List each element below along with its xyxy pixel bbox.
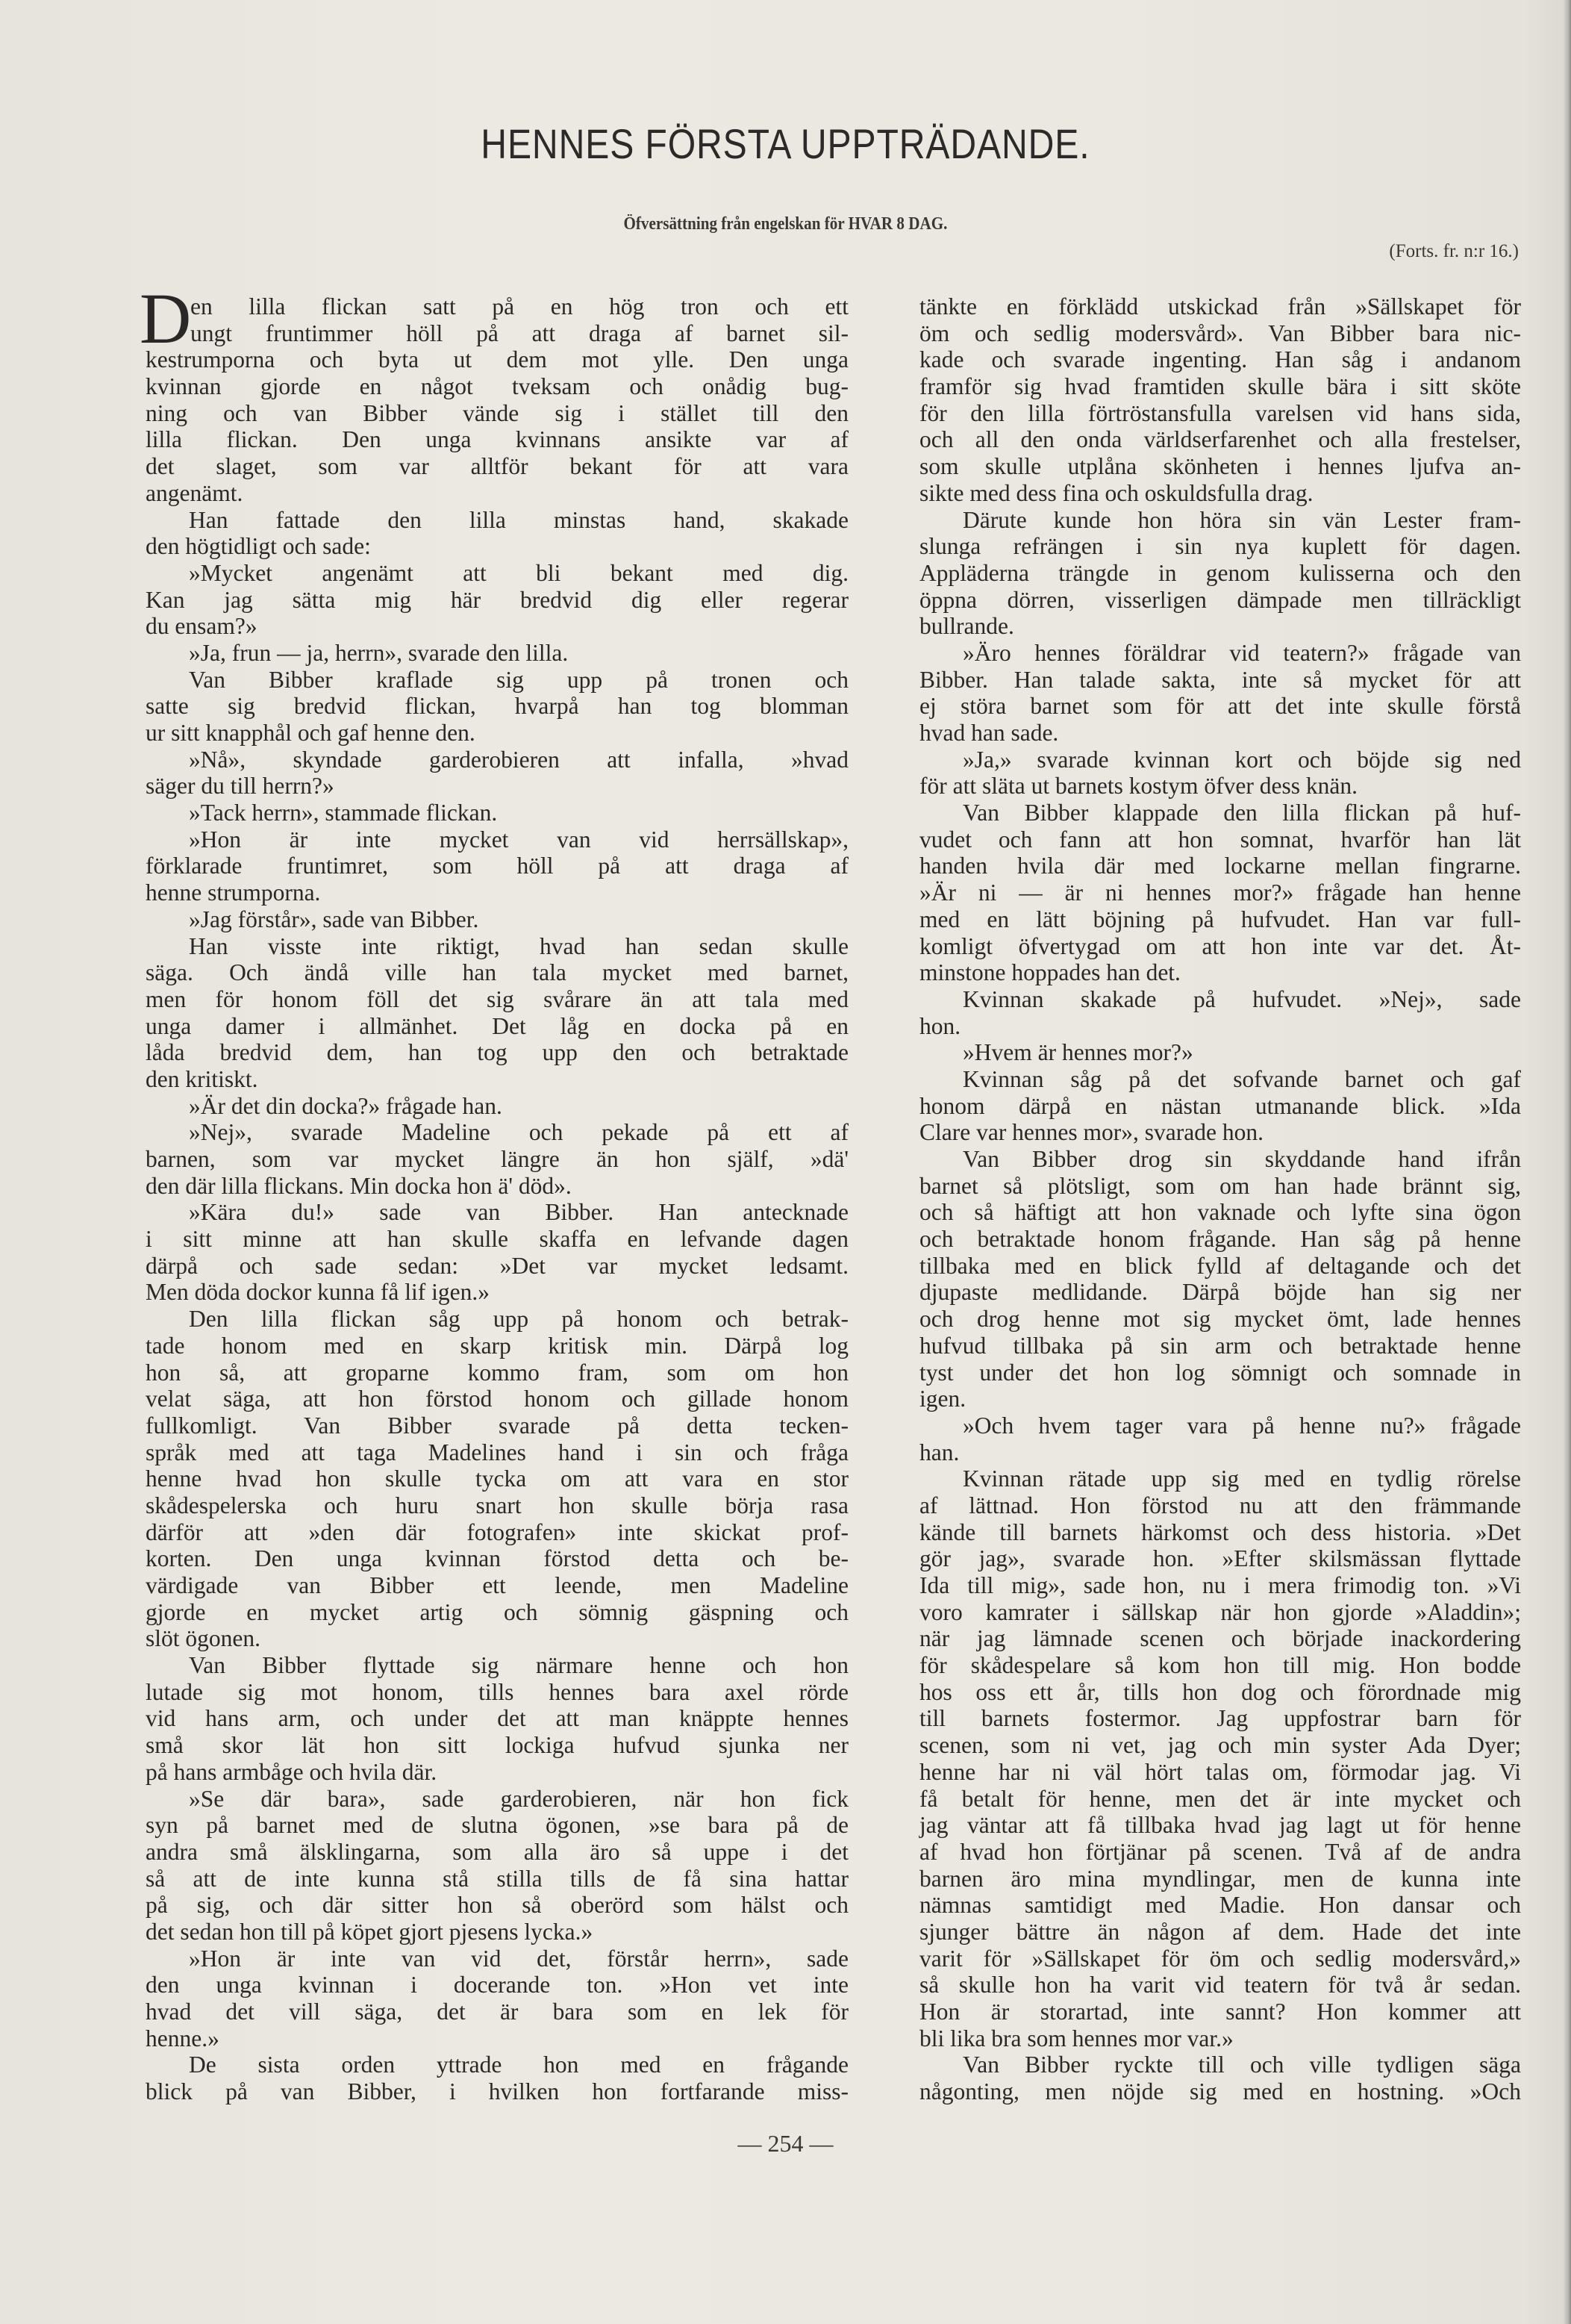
text-line: han. (919, 1439, 1521, 1466)
text-line: den kritiskt. (146, 1066, 849, 1093)
article-title: HENNES FÖRSTA UPPTRÄDANDE. (110, 119, 1461, 168)
text-line: barnen äro mina myndlingar, men de kunna… (919, 1866, 1521, 1892)
text-line: sjunger bättre än någon af dem. Hade det… (919, 1919, 1521, 1946)
text-line: med en lätt böjning på hufvudet. Han var… (919, 906, 1521, 933)
text-line: när jag lämnade scenen och började inack… (919, 1625, 1521, 1652)
text-line: handen hvila där med lockarne mellan fin… (919, 853, 1521, 879)
text-line: henne.» (146, 2025, 849, 2052)
text-line: igen. (919, 1386, 1521, 1412)
text-line: Hon är storartad, inte sannt? Hon kommer… (919, 1999, 1521, 2025)
text-line: vudet och fann att hon somnat, hvarför h… (919, 826, 1521, 853)
text-line: gjorde en mycket artig och sömnig gäspni… (146, 1599, 849, 1626)
text-line: slöt ögonen. (146, 1625, 849, 1652)
text-line: Kvinnan skakade på hufvudet. »Nej», sade (919, 986, 1521, 1013)
page-spine-edge (1564, 0, 1571, 2324)
text-line: värdigade van Bibber ett leende, men Mad… (146, 1572, 849, 1599)
text-line: Kvinnan såg på det sofvande barnet och g… (919, 1066, 1521, 1093)
text-line: honom därpå en nästan utmanande blick. »… (919, 1093, 1521, 1120)
text-line: Van Bibber ryckte till och ville tydlige… (919, 2052, 1521, 2078)
text-line: skådespelerska och huru snart hon skulle… (146, 1492, 849, 1519)
text-line: tänkte en förklädd utskickad från »Sälls… (919, 293, 1521, 320)
text-line: hvad han sade. (919, 720, 1521, 747)
text-line: språk med att taga Madelines hand i sin … (146, 1439, 849, 1466)
text-line: tade honom med en skarp kritisk min. Där… (146, 1333, 849, 1359)
left-text-column: D en lilla flickan satt på en hög tron o… (146, 293, 849, 2105)
text-line: vid hans arm, och under det att man knäp… (146, 1705, 849, 1732)
text-line: framför sig hvad framtiden skulle bära i… (919, 373, 1521, 400)
text-line: unga damer i allmänhet. Det låg en docka… (146, 1013, 849, 1040)
text-line: barnet så plötsligt, som om han hade brä… (919, 1173, 1521, 1200)
text-line: »Är det din docka?» frågade han. (146, 1093, 849, 1120)
text-line: »Mycket angenämt att bli bekant med dig. (146, 560, 849, 587)
text-line: Han visste inte riktigt, hvad han sedan … (146, 933, 849, 960)
text-line: det slaget, som var alltför bekant för a… (146, 453, 849, 480)
text-line: hos oss ett år, tills hon dog och förord… (919, 1679, 1521, 1706)
text-line: för att släta ut barnets kostym öfver de… (919, 773, 1521, 800)
text-line: scenen, som ni vet, jag och min syster A… (919, 1732, 1521, 1759)
text-line: kände till barnets härkomst och dess his… (919, 1519, 1521, 1546)
text-line: nämnas samtidigt med Madie. Hon dansar o… (919, 1892, 1521, 1919)
text-line: den högtidligt och sade: (146, 533, 849, 560)
text-line: slunga refrängen i sin nya kuplett för d… (919, 533, 1521, 560)
text-line: »Ja,» svarade kvinnan kort och böjde sig… (919, 747, 1521, 773)
text-line: Clare var hennes mor», svarade hon. (919, 1119, 1521, 1146)
drop-cap: D (140, 289, 191, 349)
text-line: »Hvem är hennes mor?» (919, 1039, 1521, 1066)
text-line: Han fattade den lilla minstas hand, skak… (146, 507, 849, 534)
text-line: och all den onda världserfarenhet och al… (919, 426, 1521, 453)
text-line: därför att »den där fotografen» inte ski… (146, 1519, 849, 1546)
text-line: den där lilla flickans. Min docka hon ä'… (146, 1173, 849, 1200)
text-line: varit för »Sällskapet för öm och sedlig … (919, 1946, 1521, 1972)
text-line: Van Bibber flyttade sig närmare henne oc… (146, 1652, 849, 1679)
text-line: Därute kunde hon höra sin vän Lester fra… (919, 507, 1521, 534)
text-line: hon. (919, 1013, 1521, 1040)
text-line: »Hon är inte van vid det, förstår herrn»… (146, 1946, 849, 1972)
text-line: säga. Och ändå ville han tala mycket med… (146, 959, 849, 986)
text-line: bli lika bra som hennes mor var.» (919, 2025, 1521, 2052)
text-line: Men döda dockor kunna få lif igen.» (146, 1279, 849, 1306)
text-line: »Jag förstår», sade van Bibber. (146, 906, 849, 933)
text-line: få betalt för henne, men det är inte myc… (919, 1786, 1521, 1813)
text-line: hufvud tillbaka på sin arm och betraktad… (919, 1333, 1521, 1359)
text-line: kestrumporna och byta ut dem mot ylle. D… (146, 346, 849, 373)
text-line: jag väntar att få tillbaka hvad jag lagt… (919, 1812, 1521, 1839)
text-line: »Ja, frun — ja, herrn», svarade den lill… (146, 640, 849, 667)
text-line: »Äro hennes föräldrar vid teatern?» fråg… (919, 640, 1521, 667)
text-line: i sitt minne att han skulle skaffa en le… (146, 1226, 849, 1253)
text-line: komligt öfvertygad om att hon inte var d… (919, 933, 1521, 960)
text-line: angenämt. (146, 480, 849, 507)
text-line: ungt fruntimmer höll på att draga af bar… (146, 320, 849, 347)
text-line: en lilla flickan satt på en hög tron och… (146, 293, 849, 320)
text-line: voro kamrater i sällskap när hon gjorde … (919, 1599, 1521, 1626)
text-line: för den lilla förtröstansfulla varelsen … (919, 400, 1521, 427)
right-text-column: tänkte en förklädd utskickad från »Sälls… (919, 293, 1521, 2105)
text-line: gör jag», svarade hon. »Efter skilsmässa… (919, 1545, 1521, 1572)
text-line: sikte med dess fina och oskuldsfulla dra… (919, 480, 1521, 507)
translation-note: Öfversättning från engelskan för HVAR 8 … (94, 214, 1476, 234)
text-line: hvad det vill säga, det är bara som en l… (146, 1999, 849, 2025)
text-line: på hans armbåge och hvila där. (146, 1759, 849, 1786)
text-line: så att de inte kunna stå stilla tills de… (146, 1866, 849, 1892)
text-line: låda bredvid dem, han tog upp den och be… (146, 1039, 849, 1066)
text-line: du ensam?» (146, 613, 849, 640)
text-line: öm och sedlig modersvård». Van Bibber ba… (919, 320, 1521, 347)
text-line: på sig, och där sitter hon så oberörd so… (146, 1892, 849, 1919)
text-line: som skulle utplåna skönheten i hennes lj… (919, 453, 1521, 480)
text-line: barnen, som var mycket längre än hon sjä… (146, 1146, 849, 1173)
continuation-note: (Forts. fr. n:r 16.) (1389, 241, 1519, 262)
text-line: lilla flickan. Den unga kvinnans ansikte… (146, 426, 849, 453)
text-line: andra små älsklingarna, som alla äro så … (146, 1839, 849, 1866)
text-line: Kvinnan rätade upp sig med en tydlig rör… (919, 1465, 1521, 1492)
text-line: kvinnan gjorde en något tveksam och onåd… (146, 373, 849, 400)
text-line: förklarade fruntimret, som höll på att d… (146, 853, 849, 879)
text-line: af hvad hon förtjänar på scenen. Två af … (919, 1839, 1521, 1866)
text-line: De sista orden yttrade hon med en frågan… (146, 2052, 849, 2078)
text-line: det sedan hon till på köpet gjort pjesen… (146, 1919, 849, 1946)
text-line: säger du till herrn?» (146, 773, 849, 800)
text-line: »Tack herrn», stammade flickan. (146, 800, 849, 826)
text-line: syn på barnet med de slutna ögonen, »se … (146, 1812, 849, 1839)
text-line: hon så, att groparne kommo fram, som om … (146, 1359, 849, 1386)
text-line: bullrande. (919, 613, 1521, 640)
text-line: Van Bibber drog sin skyddande hand ifrån (919, 1146, 1521, 1173)
text-line: »Se där bara», sade garderobieren, när h… (146, 1786, 849, 1813)
text-line: Van Bibber kraflade sig upp på tronen oc… (146, 667, 849, 694)
text-line: ur sitt knapphål och gaf henne den. (146, 720, 849, 747)
text-line: »Och hvem tager vara på henne nu?» fråga… (919, 1412, 1521, 1439)
text-line: minstone hoppades han det. (919, 959, 1521, 986)
text-line: öppna dörren, visserligen dämpade men ti… (919, 587, 1521, 614)
text-line: tyst under det hon log sömnigt och somna… (919, 1359, 1521, 1386)
text-line: Appläderna trängde in genom kulisserna o… (919, 560, 1521, 587)
text-line: kade och svarade ingenting. Han såg i an… (919, 346, 1521, 373)
text-line: ning och van Bibber vände sig i stället … (146, 400, 849, 427)
text-line: Kan jag sätta mig här bredvid dig eller … (146, 587, 849, 614)
text-line: henne hvad hon skulle tycka om att vara … (146, 1465, 849, 1492)
text-line: Den lilla flickan såg upp på honom och b… (146, 1306, 849, 1333)
text-line: Ida till mig», sade hon, nu i mera frimo… (919, 1572, 1521, 1599)
text-line: djupaste medlidande. Därpå böjde han sig… (919, 1279, 1521, 1306)
text-line: och drog henne mot sig mycket ömt, lade … (919, 1306, 1521, 1333)
text-line: för skådespelare så kom hon till mig. Ho… (919, 1652, 1521, 1679)
text-line: Bibber. Han talade sakta, inte så mycket… (919, 667, 1521, 694)
text-line: velat säga, att hon förstod honom och gi… (146, 1386, 849, 1412)
text-line: »Är ni — är ni hennes mor?» frågade han … (919, 879, 1521, 906)
text-line: ej störa barnet som för att det inte sku… (919, 693, 1521, 720)
text-line: små skor lät hon sitt lockiga hufvud sju… (146, 1732, 849, 1759)
text-line: »Hon är inte mycket van vid herrsällskap… (146, 826, 849, 853)
text-line: så skulle hon ha varit vid teatern för t… (919, 1972, 1521, 1999)
text-line: »Kära du!» sade van Bibber. Han anteckna… (146, 1199, 849, 1226)
text-line: och betraktade honom frågande. Han såg p… (919, 1226, 1521, 1253)
text-line: tillbaka med en blick fylld af deltagand… (919, 1253, 1521, 1280)
text-line: den unga kvinnan i docerande ton. »Hon v… (146, 1972, 849, 1999)
text-line: blick på van Bibber, i hvilken hon fortf… (146, 2078, 849, 2105)
text-line: Van Bibber klappade den lilla flickan på… (919, 800, 1521, 826)
text-line: »Nå», skyndade garderobieren att infalla… (146, 747, 849, 773)
text-line: satte sig bredvid flickan, hvarpå han to… (146, 693, 849, 720)
text-line: till barnets fostermor. Jag uppfostrar b… (919, 1705, 1521, 1732)
text-line: men för honom föll det sig svårare än at… (146, 986, 849, 1013)
text-line: någonting, men nöjde sig med en hostning… (919, 2078, 1521, 2105)
text-line: lutade sig mot honom, tills hennes bara … (146, 1679, 849, 1706)
text-line: »Nej», svarade Madeline och pekade på et… (146, 1119, 849, 1146)
text-line: henne strumporna. (146, 879, 849, 906)
text-line: fullkomligt. Van Bibber svarade på detta… (146, 1412, 849, 1439)
text-line: därpå och sade sedan: »Det var mycket le… (146, 1253, 849, 1280)
text-line: korten. Den unga kvinnan förstod detta o… (146, 1545, 849, 1572)
text-line: henne har ni väl hört talas om, förmodar… (919, 1759, 1521, 1786)
text-line: af lättnad. Hon förstod nu att den främm… (919, 1492, 1521, 1519)
page-number: — 254 — (0, 2130, 1571, 2158)
text-line: och så häftigt att hon vaknade och lyfte… (919, 1199, 1521, 1226)
